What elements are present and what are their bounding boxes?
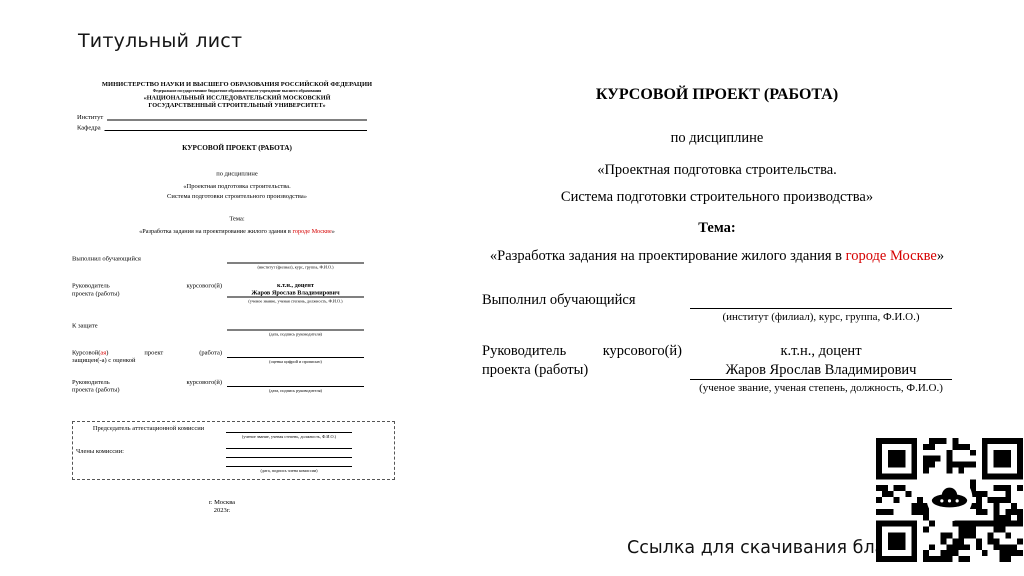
- signature-line: [690, 291, 952, 309]
- performer-label: Выполнил обучающийся: [482, 291, 682, 325]
- supervisor-name: Жаров Ярослав Владимирович: [227, 289, 364, 297]
- discipline-line1: «Проектная подготовка строительства.: [482, 161, 952, 179]
- signature-line: [227, 321, 364, 330]
- discipline-line1: «Проектная подготовка строительства.: [72, 182, 402, 190]
- performer-row: Выполнил обучающийся (институт (филиал),…: [482, 291, 952, 325]
- supervisor-word2: курсового(й): [603, 342, 682, 360]
- chairman-label: Председатель аттестационной комиссии: [76, 424, 221, 439]
- members-label: Члены комиссии:: [76, 447, 221, 473]
- ministry-name: МИНИСТЕРСТВО НАУКИ И ВЫСШЕГО ОБРАЗОВАНИЯ…: [87, 80, 387, 88]
- doc-heading: КУРСОВОЙ ПРОЕКТ (РАБОТА): [482, 85, 952, 105]
- doc-heading: КУРСОВОЙ ПРОЕКТ (РАБОТА): [72, 144, 402, 153]
- supervisor-line2: проекта (работы): [482, 361, 682, 379]
- supervisor-word1: Руководитель: [72, 378, 110, 386]
- department-blank-line: [105, 123, 367, 131]
- supervisor-row: Руководителькурсового(й) проекта (работы…: [482, 342, 952, 395]
- members-caption: (дата, подпись члена комиссии): [226, 467, 352, 473]
- theme-prefix: «Разработка задания на проектирование жи…: [139, 227, 292, 234]
- supervisor-line2: проекта (работы): [72, 385, 222, 393]
- defense-caption: (дата, подпись руководителя): [227, 330, 364, 336]
- discipline-intro: по дисциплине: [72, 170, 402, 178]
- theme-suffix: »: [332, 227, 335, 234]
- performer-caption: (институт (филиал), курс, группа, Ф.И.О.…: [690, 309, 952, 325]
- supervisor-degree: к.т.н., доцент: [227, 282, 364, 289]
- supervisor-row: Руководителькурсового(й) проекта (работы…: [72, 282, 364, 304]
- document-thumbnail: МИНИСТЕРСТВО НАУКИ И ВЫСШЕГО ОБРАЗОВАНИЯ…: [72, 80, 402, 513]
- slide-title: Титульный лист: [78, 30, 242, 52]
- qr-code: [876, 438, 1023, 562]
- city-label: г. Москва: [72, 498, 372, 506]
- institute-row: Институт: [77, 113, 367, 121]
- theme-prefix: «Разработка задания на проектирование жи…: [490, 248, 846, 264]
- supervisor-word2: курсового(й): [186, 282, 222, 290]
- signature-line: [226, 424, 352, 433]
- theme-label: Тема:: [72, 215, 402, 223]
- performer-label: Выполнил обучающийся: [72, 255, 222, 270]
- grade-word3: (работа): [199, 348, 222, 356]
- supervisor-sign-row: Руководителькурсового(й) проекта (работы…: [72, 378, 364, 393]
- chairman-caption: (ученое звание, ученая степень, должност…: [226, 433, 352, 439]
- department-label: Кафедра: [77, 123, 101, 131]
- grade-row: Курсовой(ая)проект(работа) защищен(-а) с…: [72, 348, 364, 363]
- signature-line: [227, 378, 364, 387]
- theme-label: Тема:: [482, 219, 952, 237]
- supervisor-line2: проекта (работы): [72, 289, 222, 297]
- ufo-icon: [927, 475, 973, 521]
- theme-line: «Разработка задания на проектирование жи…: [72, 227, 402, 234]
- supervisor-caption: (ученое звание, ученая степень, должност…: [690, 380, 952, 396]
- city-year-block: г. Москва 2023г.: [72, 498, 372, 513]
- signature-line: [227, 349, 364, 358]
- grade-caption: (оценка цифрой и прописью): [227, 358, 364, 364]
- qr-code-image: [876, 438, 1023, 562]
- signature-line: [227, 255, 364, 264]
- performer-row: Выполнил обучающийся (институт (филиал),…: [72, 255, 364, 270]
- discipline-intro: по дисциплине: [482, 129, 952, 147]
- discipline-line2: Система подготовки строительного произво…: [72, 192, 402, 200]
- theme-line: «Разработка задания на проектирование жи…: [482, 247, 952, 265]
- document-excerpt: КУРСОВОЙ ПРОЕКТ (РАБОТА) по дисциплине «…: [482, 85, 952, 395]
- theme-highlight: городе Москве: [846, 248, 937, 264]
- performer-caption: (институт (филиал), курс, группа, Ф.И.О.…: [227, 264, 364, 270]
- defense-label: К защите: [72, 321, 222, 336]
- signature-line: [226, 457, 352, 458]
- grade-word1: Курсовой(ая): [72, 348, 108, 356]
- discipline-line2: Система подготовки строительного произво…: [482, 188, 952, 206]
- supervisor-caption: (ученое звание, ученая степень, должност…: [227, 297, 364, 303]
- defense-row: К защите (дата, подпись руководителя): [72, 321, 364, 336]
- supervisor-word2: курсового(й): [186, 378, 222, 386]
- signature-line: [226, 448, 352, 449]
- supervisor-degree: к.т.н., доцент: [690, 342, 952, 360]
- supervisor-name: Жаров Ярослав Владимирович: [690, 361, 952, 380]
- chairman-row: Председатель аттестационной комиссии (уч…: [76, 424, 352, 439]
- supervisor-sign-caption: (дата, подпись руководителя): [227, 387, 364, 393]
- committee-box: Председатель аттестационной комиссии (уч…: [72, 421, 395, 480]
- institute-label: Институт: [77, 113, 103, 121]
- grade-word2: проект: [144, 348, 163, 356]
- university-name: «НАЦИОНАЛЬНЫЙ ИССЛЕДОВАТЕЛЬСКИЙ МОСКОВСК…: [117, 94, 357, 109]
- institute-blank-line: [107, 113, 367, 121]
- institution-type-line: Федеральное государственное бюджетное об…: [72, 89, 402, 94]
- department-row: Кафедра: [77, 123, 367, 131]
- download-caption: Ссылка для скачивания бланка: [627, 538, 918, 558]
- supervisor-word1: Руководитель: [482, 342, 566, 360]
- members-row: Члены комиссии: (дата, подпись члена ком…: [76, 447, 352, 473]
- grade-line2: защищен(-а) с оценкой: [72, 356, 222, 364]
- theme-highlight: городе Москве: [292, 227, 331, 234]
- theme-suffix: »: [937, 248, 944, 264]
- supervisor-word1: Руководитель: [72, 282, 110, 290]
- slide: Титульный лист МИНИСТЕРСТВО НАУКИ И ВЫСШ…: [0, 0, 1024, 576]
- year-label: 2023г.: [72, 506, 372, 514]
